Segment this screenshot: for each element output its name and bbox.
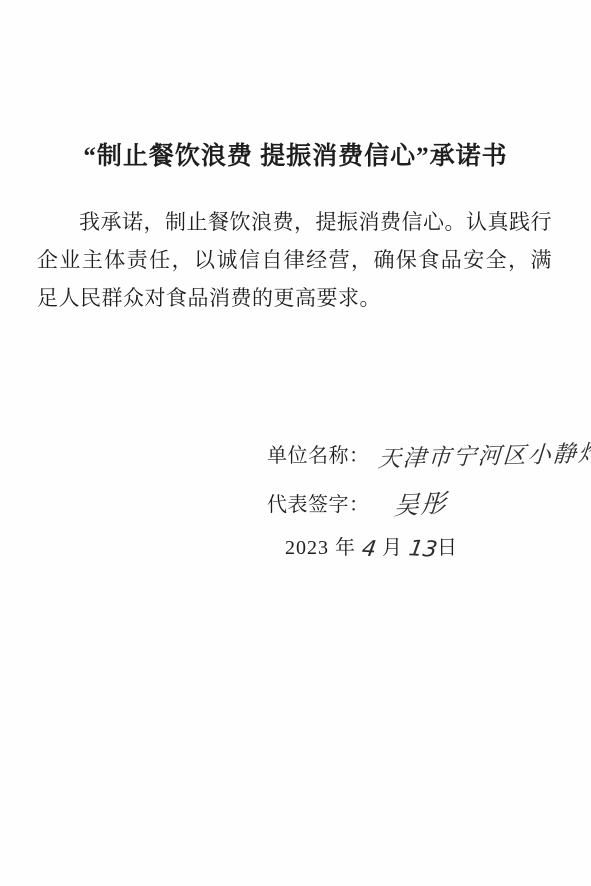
date-year: 2023 bbox=[285, 537, 329, 559]
date-line: 2023年4月13日 bbox=[285, 531, 458, 562]
document-title: “制止餐饮浪费 提振消费信心”承诺书 bbox=[0, 136, 591, 172]
signer-label: 代表签字： bbox=[267, 494, 370, 516]
document-page: “制止餐饮浪费 提振消费信心”承诺书 我承诺，制止餐饮浪费，提振消费信心。认真践… bbox=[0, 0, 591, 886]
signer-line: 代表签字：吴彤 bbox=[267, 485, 448, 521]
signature-handwritten: 吴彤 bbox=[392, 483, 448, 522]
unit-name-label: 单位名称： bbox=[267, 445, 370, 467]
date-month-unit: 月 bbox=[382, 537, 403, 559]
date-month-handwritten: 4 bbox=[360, 537, 380, 563]
date-year-unit: 年 bbox=[335, 537, 356, 559]
unit-name-handwritten: 天津市宁河区小静炸鸡店 bbox=[377, 433, 591, 473]
date-day-handwritten: 13 bbox=[407, 536, 439, 562]
date-day-unit: 日 bbox=[437, 537, 458, 559]
pledge-paragraph: 我承诺，制止餐饮浪费，提振消费信心。认真践行企业主体责任，以诚信自律经营，确保食… bbox=[37, 203, 552, 317]
unit-name-line: 单位名称：天津市宁河区小静炸鸡店 bbox=[267, 437, 591, 470]
